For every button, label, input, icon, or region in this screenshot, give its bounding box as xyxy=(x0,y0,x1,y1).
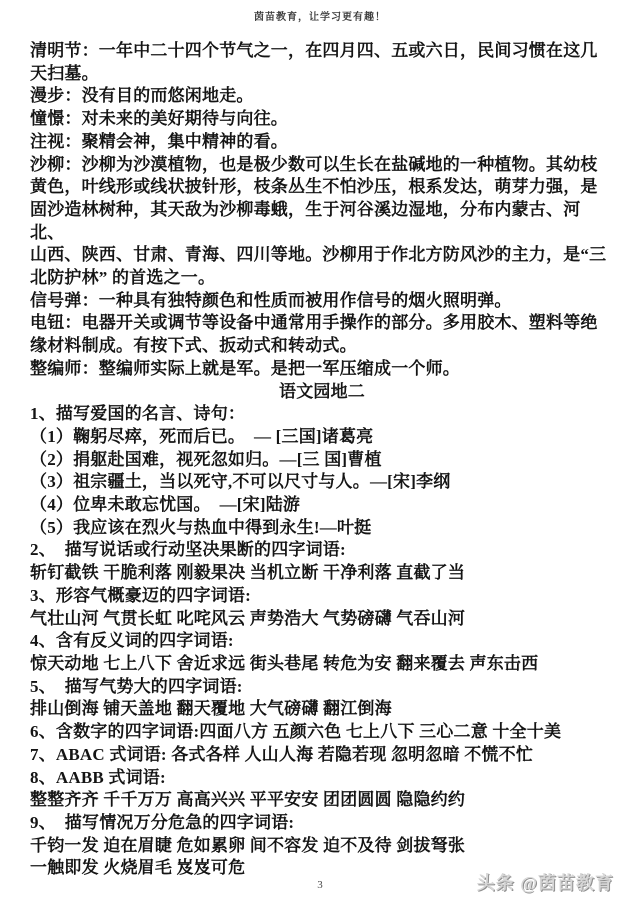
header-slogan: 茵苗教育，让学习更有趣！ xyxy=(0,8,640,23)
text-line: 4、含有反义词的四字词语: xyxy=(30,630,614,653)
text-line: 憧憬：对未来的美好期待与向往。 xyxy=(30,108,614,131)
text-line: （1）鞠躬尽瘁，死而后已。 — [三国]诸葛亮 xyxy=(30,426,614,449)
text-line: 山西、陕西、甘肃、青海、四川等地。沙柳用于作北方防风沙的主力，是“三 xyxy=(30,244,614,267)
text-line: 排山倒海 铺天盖地 翻天覆地 大气磅礴 翻江倒海 xyxy=(30,698,614,721)
text-line: 天扫墓。 xyxy=(30,63,614,86)
text-line: （4）位卑未敢忘忧国。 —[宋]陆游 xyxy=(30,494,614,517)
text-line: 语文园地二 xyxy=(30,381,614,404)
text-line: 整编师：整编师实际上就是军。是把一军压缩成一个师。 xyxy=(30,358,614,381)
text-line: 信号弹：一种具有独特颜色和性质而被用作信号的烟火照明弹。 xyxy=(30,290,614,313)
text-line: 惊天动地 七上八下 舍近求远 街头巷尾 转危为安 翻来覆去 声东击西 xyxy=(30,653,614,676)
text-line: 5、 描写气势大的四字词语: xyxy=(30,676,614,699)
text-line: （5）我应该在烈火与热血中得到永生!—叶挺 xyxy=(30,517,614,540)
text-line: 整整齐齐 千千万万 高高兴兴 平平安安 团团圆圆 隐隐约约 xyxy=(30,789,614,812)
text-line: 斩钉截铁 干脆利落 刚毅果决 当机立断 干净利落 直截了当 xyxy=(30,562,614,585)
text-line: 缘材料制成。有按下式、扳动式和转动式。 xyxy=(30,335,614,358)
text-line: 2、 描写说话或行动坚决果断的四字词语: xyxy=(30,539,614,562)
text-line: 千钧一发 迫在眉睫 危如累卵 间不容发 迫不及待 剑拔弩张 xyxy=(30,835,614,858)
text-line: 固沙造林树种，其天敌为沙柳毒蛾，生于河谷溪边湿地，分布内蒙古、河北、 xyxy=(30,199,614,244)
text-line: 注视：聚精会神，集中精神的看。 xyxy=(30,131,614,154)
text-line: （3）祖宗疆土，当以死守,不可以尺寸与人。—[宋]李纲 xyxy=(30,471,614,494)
watermark-toutiao: 头条 @茵苗教育 xyxy=(477,869,614,895)
document-body: 清明节：一年中二十四个节气之一，在四月四、五或六日，民间习惯在这几 天扫墓。 漫… xyxy=(30,40,614,880)
document-page: 茵苗教育，让学习更有趣！ 清明节：一年中二十四个节气之一，在四月四、五或六日，民… xyxy=(0,0,640,905)
text-line: 9、 描写情况万分危急的四字词语: xyxy=(30,812,614,835)
text-line: 7、ABAC 式词语: 各式各样 人山人海 若隐若现 忽明忽暗 不慌不忙 xyxy=(30,744,614,767)
text-line: 6、含数字的四字词语:四面八方 五颜六色 七上八下 三心二意 十全十美 xyxy=(30,721,614,744)
text-line: 黄色，叶线形或线状披针形，枝条丛生不怕沙压，根系发达，萌芽力强，是 xyxy=(30,176,614,199)
text-line: 沙柳：沙柳为沙漠植物，也是极少数可以生长在盐碱地的一种植物。其幼枝 xyxy=(30,154,614,177)
text-line: 漫步：没有目的而悠闲地走。 xyxy=(30,85,614,108)
text-line: 1、描写爱国的名言、诗句： xyxy=(30,403,614,426)
text-line: 北防护林” 的首选之一。 xyxy=(30,267,614,290)
text-line: 8、AABB 式词语: xyxy=(30,767,614,790)
text-line: 清明节：一年中二十四个节气之一，在四月四、五或六日，民间习惯在这几 xyxy=(30,40,614,63)
text-line: （2）捐躯赴国难，视死忽如归。—[三 国]曹植 xyxy=(30,449,614,472)
text-line: 3、形容气概豪迈的四字词语: xyxy=(30,585,614,608)
text-line: 电钮：电器开关或调节等设备中通常用手操作的部分。多用胶木、塑料等绝 xyxy=(30,312,614,335)
text-line: 气壮山河 气贯长虹 叱咤风云 声势浩大 气势磅礴 气吞山河 xyxy=(30,608,614,631)
